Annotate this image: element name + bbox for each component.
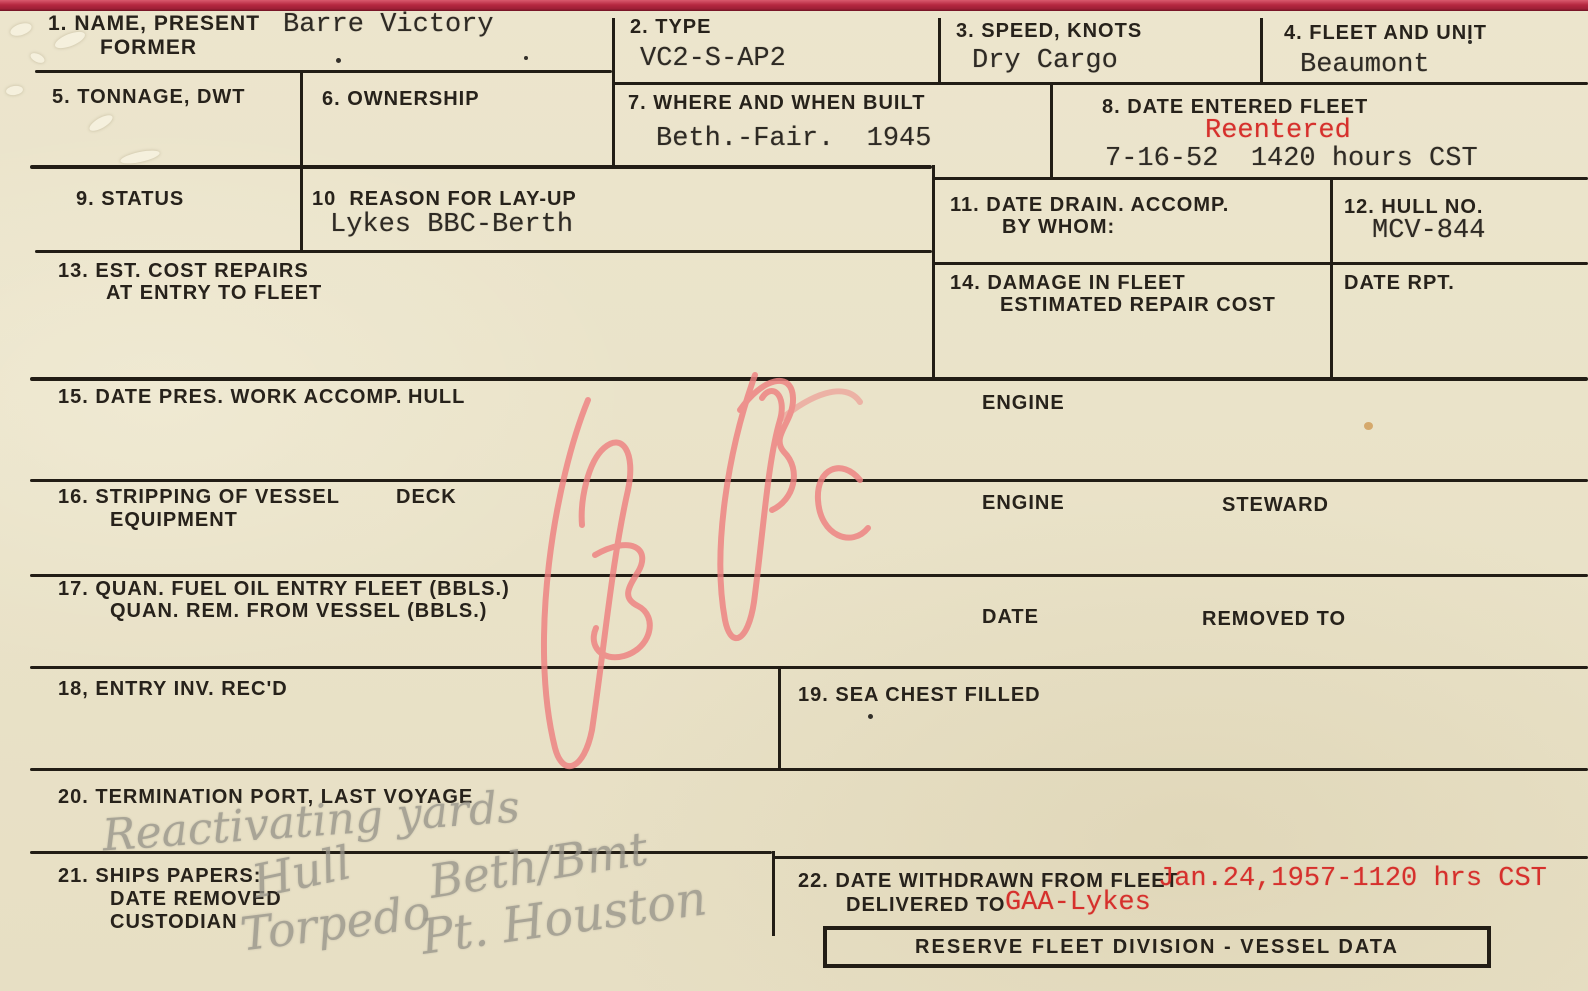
field21-custodian-label: CUSTODIAN — [110, 911, 238, 934]
field7-built-label: 7. WHERE AND WHEN BUILT — [628, 92, 925, 115]
field21-papers-label: 21. SHIPS PAPERS: — [58, 865, 261, 888]
field9-status-label: 9. STATUS — [76, 188, 184, 211]
field15-work-label: 15. DATE PRES. WORK ACCOMP. — [58, 386, 402, 409]
rule-line — [1260, 18, 1263, 84]
rule-line — [772, 851, 775, 936]
field17-removedto-label: REMOVED TO — [1202, 608, 1346, 631]
field2-type-label: 2. TYPE — [630, 16, 711, 39]
paper-damage — [29, 51, 46, 65]
field14-damage-label: 14. DAMAGE IN FLEET — [950, 272, 1186, 295]
paper-damage — [9, 21, 33, 38]
field16-steward-label: STEWARD — [1222, 494, 1329, 517]
field10-layup-label: 10 REASON FOR LAY-UP — [312, 188, 577, 211]
field3-speed-value: Dry Cargo — [972, 46, 1118, 76]
field11-bywhom-label: BY WHOM: — [1002, 216, 1115, 239]
paper-damage — [5, 85, 23, 96]
rule-line — [1330, 177, 1333, 264]
field14-daterpt-label: DATE RPT. — [1344, 272, 1455, 295]
field1-former-label: FORMER — [100, 36, 197, 60]
ink-speck — [524, 56, 528, 60]
rule-line — [1050, 82, 1053, 179]
field1-name-label: 1. NAME, PRESENT — [48, 12, 260, 36]
red-pencil-scrawl — [500, 340, 920, 810]
rule-line — [932, 262, 1588, 265]
field4-fleet-value: Beaumont — [1300, 50, 1430, 80]
rule-line — [300, 165, 303, 252]
field16-equipment-label: EQUIPMENT — [110, 509, 238, 532]
field5-tonnage-label: 5. TONNAGE, DWT — [52, 86, 246, 109]
field12-hullno-value: MCV-844 — [1372, 216, 1485, 246]
field13-repairs-label2: AT ENTRY TO FLEET — [106, 282, 322, 305]
field7-built-value: Beth.-Fair. 1945 — [656, 124, 931, 154]
rule-line — [932, 165, 935, 264]
field15-engine-label: ENGINE — [982, 392, 1065, 415]
reserve-fleet-stamp-text: RESERVE FLEET DIVISION - VESSEL DATA — [915, 936, 1399, 959]
vessel-data-card: 1. NAME, PRESENT FORMER Barre Victory 2.… — [0, 0, 1588, 991]
rule-line — [938, 18, 941, 84]
rule-line — [932, 177, 1588, 180]
rule-line — [612, 18, 615, 82]
field1-name-value: Barre Victory — [283, 10, 494, 40]
field15-hull-label: HULL — [408, 386, 465, 409]
field4-fleet-label: 4. FLEET AND UNIT — [1284, 22, 1487, 45]
rule-line — [35, 250, 932, 253]
field10-layup-value: Lykes BBC-Berth — [330, 210, 573, 240]
field2-type-value: VC2-S-AP2 — [640, 44, 786, 74]
rule-line — [612, 82, 615, 167]
rust-stain — [1364, 422, 1373, 430]
field16-stripping-label: 16. STRIPPING OF VESSEL — [58, 486, 340, 509]
rule-line — [30, 165, 932, 169]
paper-damage — [119, 148, 160, 166]
field11-drain-label: 11. DATE DRAIN. ACCOMP. — [950, 194, 1229, 217]
rule-line — [35, 70, 612, 73]
reserve-fleet-stamp-box: RESERVE FLEET DIVISION - VESSEL DATA — [823, 926, 1491, 968]
rule-line — [772, 856, 1588, 859]
field8-entered-value: 7-16-52 1420 hours CST — [1105, 144, 1478, 174]
field3-speed-label: 3. SPEED, KNOTS — [956, 20, 1142, 43]
rule-line — [1330, 262, 1333, 379]
field16-engine-label: ENGINE — [982, 492, 1065, 515]
field22-withdrawn-value: Jan.24,1957-1120 hrs CST — [1158, 864, 1547, 894]
field14-damage-label2: ESTIMATED REPAIR COST — [1000, 294, 1276, 317]
field17-fuel-label2: QUAN. REM. FROM VESSEL (BBLS.) — [110, 600, 487, 623]
field8-reentered-stamp: Reentered — [1205, 116, 1351, 146]
field13-repairs-label: 13. EST. COST REPAIRS — [58, 260, 309, 283]
card-top-red-edge — [0, 0, 1588, 11]
field18-inventory-label: 18, ENTRY INV. REC'D — [58, 678, 288, 701]
ink-speck — [336, 58, 341, 63]
field6-ownership-label: 6. OWNERSHIP — [322, 88, 480, 111]
rule-line — [932, 262, 935, 379]
field22-delivered-value: GAA-Lykes — [1005, 888, 1151, 918]
field22-delivered-label: DELIVERED TO — [846, 894, 1005, 917]
field17-date-label: DATE — [982, 606, 1039, 629]
field16-deck-label: DECK — [396, 486, 457, 509]
rule-line — [300, 70, 303, 167]
field17-fuel-label: 17. QUAN. FUEL OIL ENTRY FLEET (BBLS.) — [58, 578, 510, 601]
paper-damage — [87, 112, 115, 134]
rule-line — [612, 82, 1588, 85]
